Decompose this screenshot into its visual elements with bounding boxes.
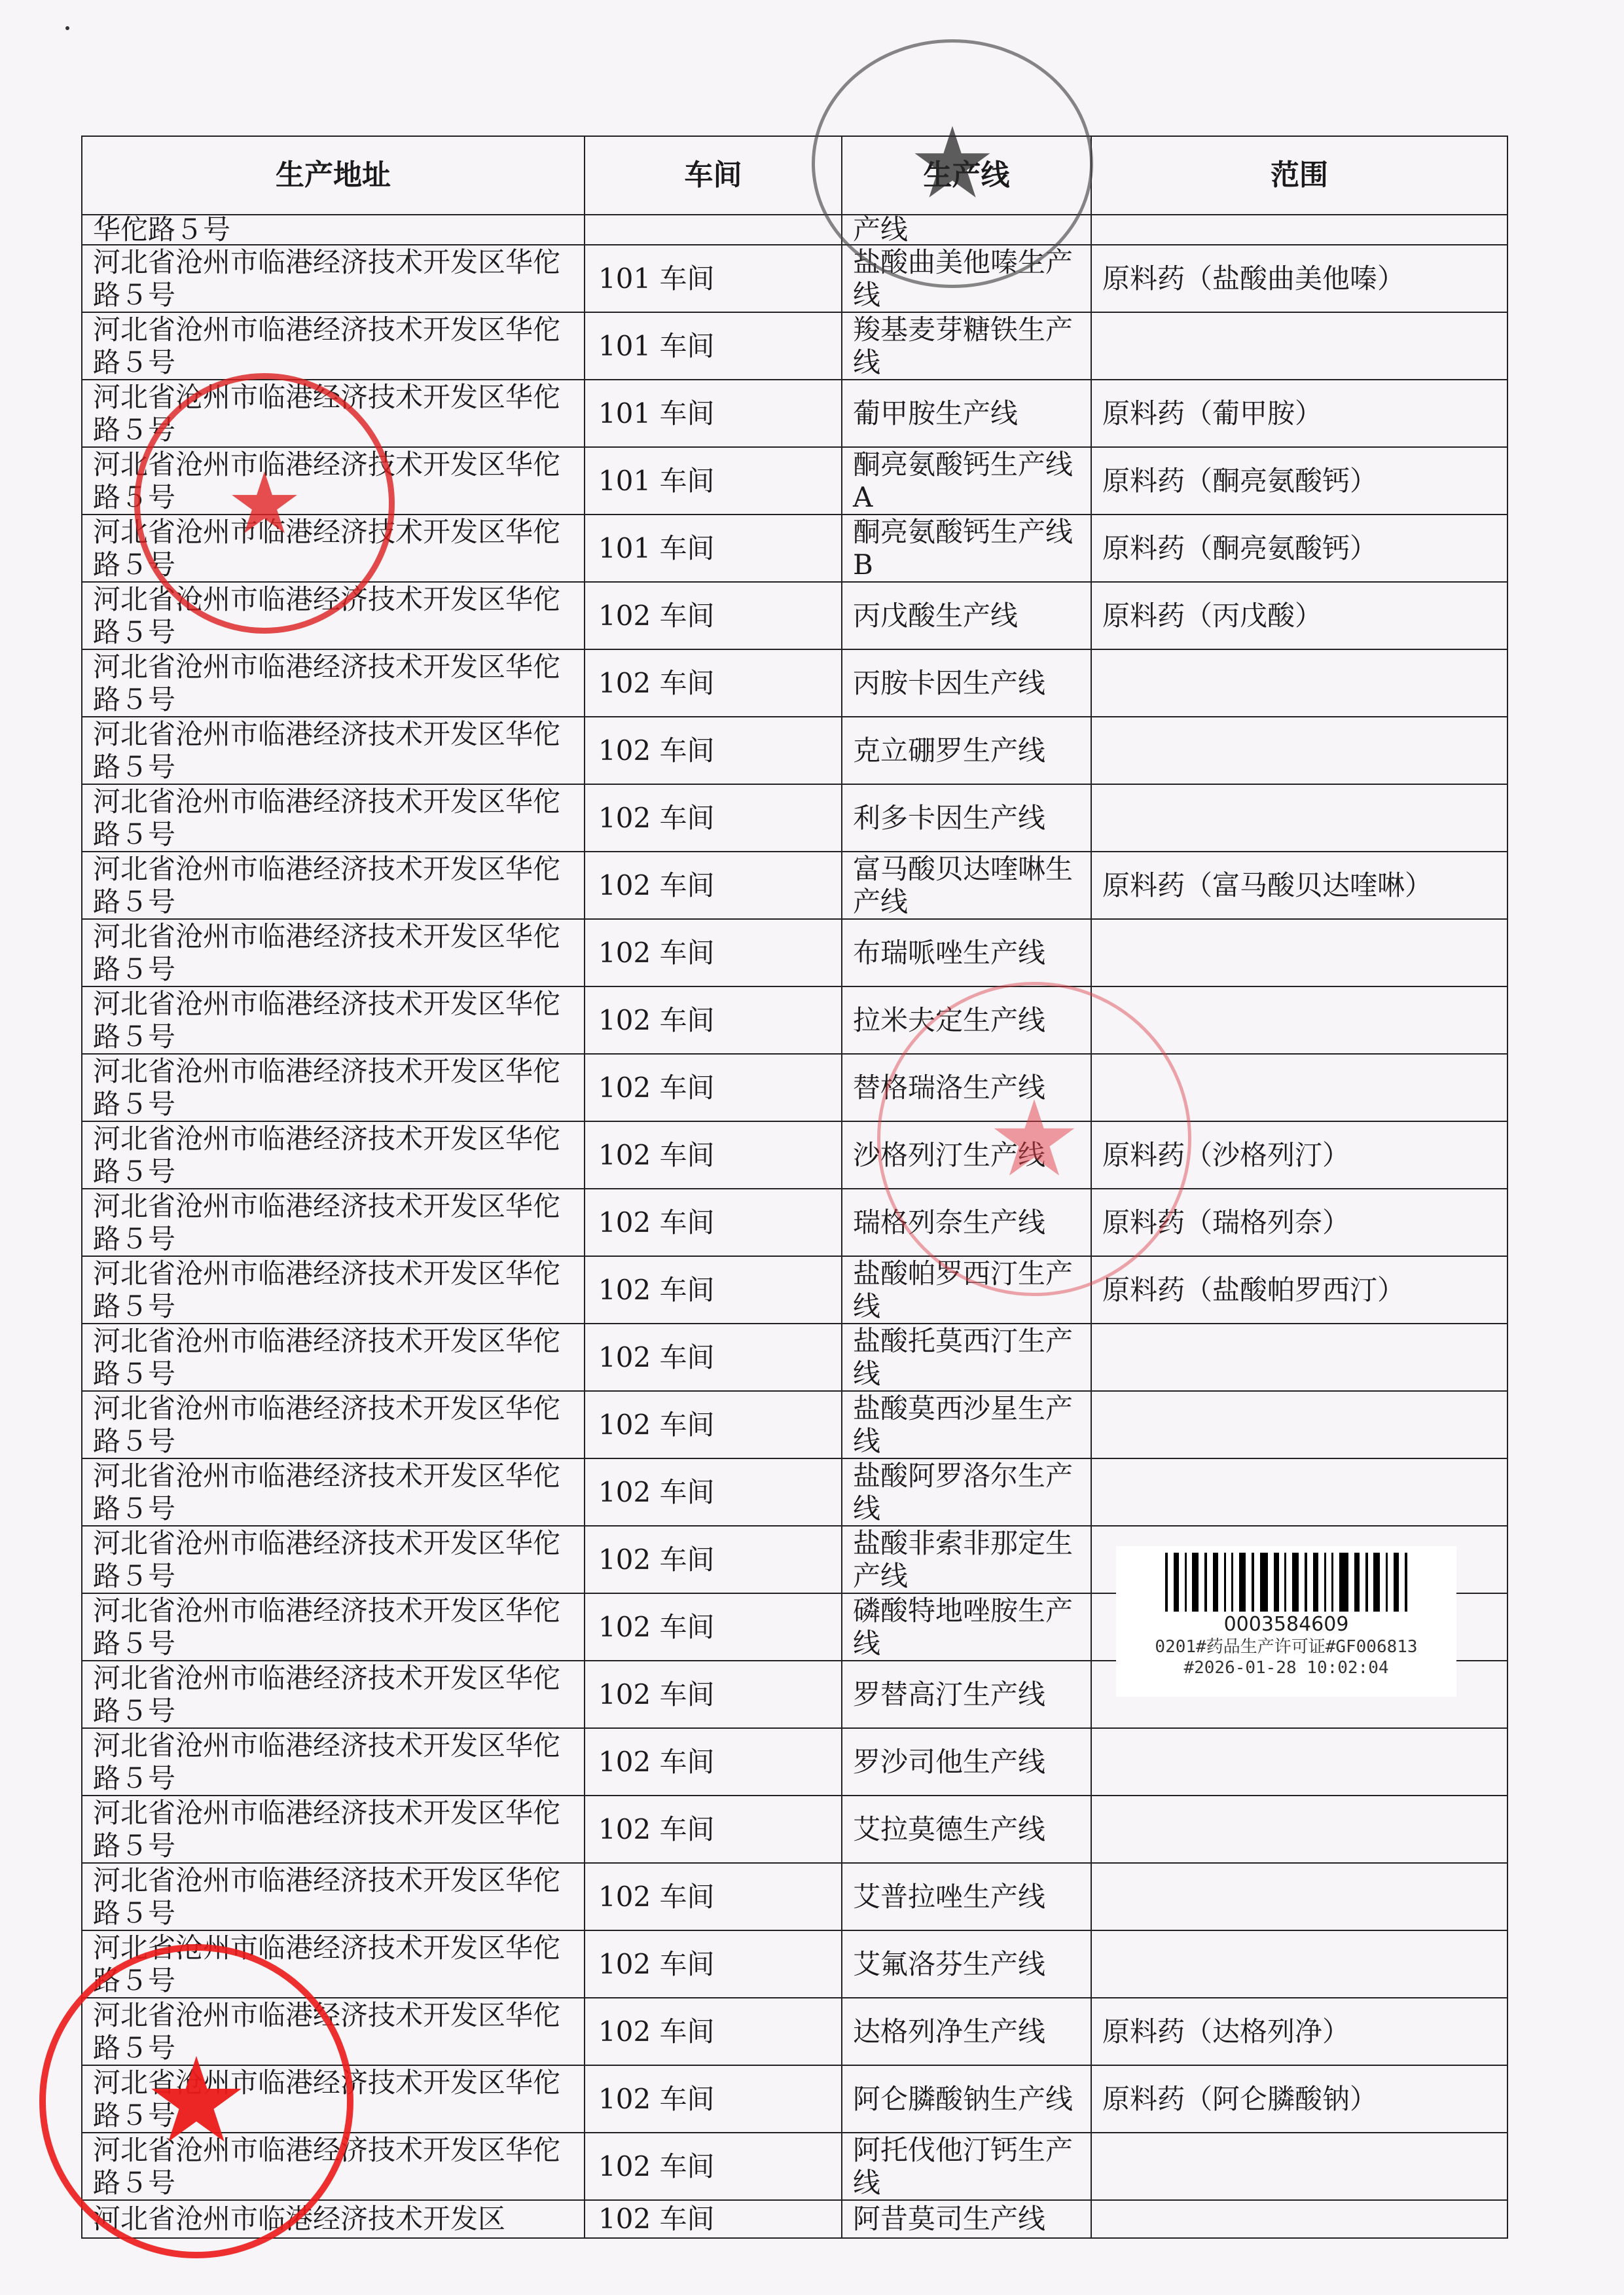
cell-address: 河北省沧州市临港经济技术开发区华佗路５号 xyxy=(82,1189,585,1256)
cell-production-line: 丙戊酸生产线 xyxy=(842,582,1091,649)
cell-workshop: 102 车间 xyxy=(585,852,842,919)
header-production-line: 生产线 xyxy=(842,136,1091,215)
cell-address: 河北省沧州市临港经济技术开发区华佗路５号 xyxy=(82,1930,585,1998)
table-row: 河北省沧州市临港经济技术开发区102 车间阿昔莫司生产线 xyxy=(82,2200,1507,2238)
cell-workshop: 102 车间 xyxy=(585,2200,842,2238)
table-row: 河北省沧州市临港经济技术开发区华佗路５号102 车间艾拉莫德生产线 xyxy=(82,1796,1507,1863)
table-header-row: 生产地址 车间 生产线 范围 xyxy=(82,136,1507,215)
production-line-table: 生产地址 车间 生产线 范围 华佗路５号产线河北省沧州市临港经济技术开发区华佗路… xyxy=(81,136,1508,2239)
cell-production-line: 沙格列汀生产线 xyxy=(842,1121,1091,1189)
cell-address: 河北省沧州市临港经济技术开发区华佗路５号 xyxy=(82,717,585,784)
cell-workshop: 102 车间 xyxy=(585,1324,842,1391)
cell-production-line: 瑞格列奈生产线 xyxy=(842,1189,1091,1256)
cell-workshop: 102 车间 xyxy=(585,1661,842,1728)
cell-address: 河北省沧州市临港经济技术开发区华佗路５号 xyxy=(82,582,585,649)
cell-production-line: 替格瑞洛生产线 xyxy=(842,1054,1091,1121)
cell-production-line: 艾氟洛芬生产线 xyxy=(842,1930,1091,1998)
barcode-label: 0003584609 0201#药品生产许可证#GF006813 #2026-0… xyxy=(1116,1546,1456,1697)
cell-scope: 原料药（葡甲胺） xyxy=(1091,380,1507,447)
cell-production-line: 盐酸莫西沙星生产线 xyxy=(842,1391,1091,1458)
cell-production-line: 艾普拉唑生产线 xyxy=(842,1863,1091,1930)
table-row: 河北省沧州市临港经济技术开发区华佗路５号102 车间拉米夫定生产线 xyxy=(82,986,1507,1054)
cell-address: 河北省沧州市临港经济技术开发区华佗路５号 xyxy=(82,1256,585,1324)
cell-address: 河北省沧州市临港经济技术开发区华佗路５号 xyxy=(82,380,585,447)
cell-workshop: 102 车间 xyxy=(585,1054,842,1121)
cell-address: 河北省沧州市临港经济技术开发区华佗路５号 xyxy=(82,1998,585,2065)
cell-production-line: 利多卡因生产线 xyxy=(842,784,1091,852)
table-row: 河北省沧州市临港经济技术开发区华佗路５号102 车间盐酸莫西沙星生产线 xyxy=(82,1391,1507,1458)
cell-scope xyxy=(1091,1863,1507,1930)
cell-address: 河北省沧州市临港经济技术开发区华佗路５号 xyxy=(82,1054,585,1121)
cell-scope: 原料药（酮亮氨酸钙） xyxy=(1091,515,1507,582)
cell-workshop: 102 车间 xyxy=(585,1526,842,1593)
cell-production-line: 罗替高汀生产线 xyxy=(842,1661,1091,1728)
cell-production-line: 羧基麦芽糖铁生产线 xyxy=(842,312,1091,380)
cell-scope: 原料药（富马酸贝达喹啉） xyxy=(1091,852,1507,919)
cell-address: 河北省沧州市临港经济技术开发区华佗路５号 xyxy=(82,1728,585,1796)
table-row: 河北省沧州市临港经济技术开发区华佗路５号102 车间富马酸贝达喹啉生产线原料药（… xyxy=(82,852,1507,919)
table-body: 华佗路５号产线河北省沧州市临港经济技术开发区华佗路５号101 车间盐酸曲美他嗪生… xyxy=(82,215,1507,2238)
cell-workshop: 102 车间 xyxy=(585,717,842,784)
cell-production-line: 磷酸特地唑胺生产线 xyxy=(842,1593,1091,1661)
cell-scope: 原料药（酮亮氨酸钙） xyxy=(1091,447,1507,515)
table-row: 河北省沧州市临港经济技术开发区华佗路５号102 车间艾氟洛芬生产线 xyxy=(82,1930,1507,1998)
table-row: 河北省沧州市临港经济技术开发区华佗路５号102 车间丙戊酸生产线原料药（丙戊酸） xyxy=(82,582,1507,649)
cell-production-line: 产线 xyxy=(842,215,1091,245)
cell-address: 河北省沧州市临港经济技术开发区华佗路５号 xyxy=(82,515,585,582)
cell-address: 河北省沧州市临港经济技术开发区华佗路５号 xyxy=(82,1661,585,1728)
cell-workshop: 102 车间 xyxy=(585,1728,842,1796)
cell-workshop: 102 车间 xyxy=(585,1796,842,1863)
cell-workshop: 102 车间 xyxy=(585,1391,842,1458)
cell-production-line: 酮亮氨酸钙生产线 A xyxy=(842,447,1091,515)
cell-workshop: 102 车间 xyxy=(585,2065,842,2133)
cell-workshop: 102 车间 xyxy=(585,649,842,717)
table-row: 河北省沧州市临港经济技术开发区华佗路５号102 车间克立硼罗生产线 xyxy=(82,717,1507,784)
cell-workshop: 102 车间 xyxy=(585,1863,842,1930)
cell-production-line: 富马酸贝达喹啉生产线 xyxy=(842,852,1091,919)
cell-production-line: 盐酸非索非那定生产线 xyxy=(842,1526,1091,1593)
cell-production-line: 罗沙司他生产线 xyxy=(842,1728,1091,1796)
cell-scope: 原料药（阿仑膦酸钠） xyxy=(1091,2065,1507,2133)
cell-address: 河北省沧州市临港经济技术开发区华佗路５号 xyxy=(82,2133,585,2200)
cell-address: 河北省沧州市临港经济技术开发区华佗路５号 xyxy=(82,649,585,717)
cell-workshop: 102 车间 xyxy=(585,919,842,986)
cell-workshop: 101 车间 xyxy=(585,380,842,447)
cell-scope xyxy=(1091,1728,1507,1796)
cell-address: 河北省沧州市临港经济技术开发区华佗路５号 xyxy=(82,784,585,852)
cell-address: 河北省沧州市临港经济技术开发区华佗路５号 xyxy=(82,245,585,312)
table-row: 河北省沧州市临港经济技术开发区华佗路５号102 车间阿托伐他汀钙生产线 xyxy=(82,2133,1507,2200)
cell-workshop: 102 车间 xyxy=(585,1998,842,2065)
cell-address: 河北省沧州市临港经济技术开发区华佗路５号 xyxy=(82,1324,585,1391)
cell-scope: 原料药（盐酸曲美他嗪） xyxy=(1091,245,1507,312)
cell-scope xyxy=(1091,2133,1507,2200)
table-row: 河北省沧州市临港经济技术开发区华佗路５号102 车间盐酸托莫西汀生产线 xyxy=(82,1324,1507,1391)
cell-production-line: 盐酸托莫西汀生产线 xyxy=(842,1324,1091,1391)
cell-scope: 原料药（瑞格列奈） xyxy=(1091,1189,1507,1256)
cell-production-line: 拉米夫定生产线 xyxy=(842,986,1091,1054)
cell-production-line: 葡甲胺生产线 xyxy=(842,380,1091,447)
cell-workshop: 101 车间 xyxy=(585,447,842,515)
cell-scope xyxy=(1091,1324,1507,1391)
cell-workshop: 101 车间 xyxy=(585,245,842,312)
cell-address: 河北省沧州市临港经济技术开发区华佗路５号 xyxy=(82,447,585,515)
header-workshop: 车间 xyxy=(585,136,842,215)
cell-production-line: 艾拉莫德生产线 xyxy=(842,1796,1091,1863)
cell-address: 河北省沧州市临港经济技术开发区 xyxy=(82,2200,585,2238)
table-row: 华佗路５号产线 xyxy=(82,215,1507,245)
cell-workshop: 102 车间 xyxy=(585,1121,842,1189)
table-row: 河北省沧州市临港经济技术开发区华佗路５号101 车间酮亮氨酸钙生产线 A原料药（… xyxy=(82,447,1507,515)
cell-scope xyxy=(1091,784,1507,852)
cell-workshop: 102 车间 xyxy=(585,1256,842,1324)
cell-scope: 原料药（丙戊酸） xyxy=(1091,582,1507,649)
cell-scope: 原料药（沙格列汀） xyxy=(1091,1121,1507,1189)
table-row: 河北省沧州市临港经济技术开发区华佗路５号102 车间沙格列汀生产线原料药（沙格列… xyxy=(82,1121,1507,1189)
barcode-number: 0003584609 xyxy=(1116,1613,1456,1636)
cell-address: 河北省沧州市临港经济技术开发区华佗路５号 xyxy=(82,919,585,986)
cell-production-line: 盐酸帕罗西汀生产线 xyxy=(842,1256,1091,1324)
cell-production-line: 阿昔莫司生产线 xyxy=(842,2200,1091,2238)
cell-address: 河北省沧州市临港经济技术开发区华佗路５号 xyxy=(82,2065,585,2133)
cell-workshop: 102 车间 xyxy=(585,986,842,1054)
cell-workshop xyxy=(585,215,842,245)
cell-scope xyxy=(1091,1930,1507,1998)
table-row: 河北省沧州市临港经济技术开发区华佗路５号102 车间阿仑膦酸钠生产线原料药（阿仑… xyxy=(82,2065,1507,2133)
cell-scope xyxy=(1091,1391,1507,1458)
header-scope: 范围 xyxy=(1091,136,1507,215)
cell-address: 河北省沧州市临港经济技术开发区华佗路５号 xyxy=(82,1526,585,1593)
barcode-info-line2: #2026-01-28 10:02:04 xyxy=(1116,1657,1456,1678)
table-row: 河北省沧州市临港经济技术开发区华佗路５号102 车间布瑞哌唑生产线 xyxy=(82,919,1507,986)
cell-scope xyxy=(1091,1054,1507,1121)
barcode-info-line1: 0201#药品生产许可证#GF006813 xyxy=(1116,1636,1456,1657)
cell-workshop: 101 车间 xyxy=(585,312,842,380)
cell-scope: 原料药（达格列净） xyxy=(1091,1998,1507,2065)
cell-workshop: 102 车间 xyxy=(585,582,842,649)
scan-dot xyxy=(65,26,69,30)
cell-production-line: 布瑞哌唑生产线 xyxy=(842,919,1091,986)
cell-production-line: 酮亮氨酸钙生产线 B xyxy=(842,515,1091,582)
cell-scope: 原料药（盐酸帕罗西汀） xyxy=(1091,1256,1507,1324)
table-row: 河北省沧州市临港经济技术开发区华佗路５号101 车间葡甲胺生产线原料药（葡甲胺） xyxy=(82,380,1507,447)
cell-production-line: 丙胺卡因生产线 xyxy=(842,649,1091,717)
cell-scope xyxy=(1091,215,1507,245)
table-row: 河北省沧州市临港经济技术开发区华佗路５号102 车间盐酸帕罗西汀生产线原料药（盐… xyxy=(82,1256,1507,1324)
cell-scope xyxy=(1091,986,1507,1054)
table-row: 河北省沧州市临港经济技术开发区华佗路５号102 车间替格瑞洛生产线 xyxy=(82,1054,1507,1121)
table-row: 河北省沧州市临港经济技术开发区华佗路５号101 车间酮亮氨酸钙生产线 B原料药（… xyxy=(82,515,1507,582)
cell-production-line: 阿仑膦酸钠生产线 xyxy=(842,2065,1091,2133)
cell-address: 华佗路５号 xyxy=(82,215,585,245)
cell-workshop: 102 车间 xyxy=(585,2133,842,2200)
cell-address: 河北省沧州市临港经济技术开发区华佗路５号 xyxy=(82,1458,585,1526)
cell-scope xyxy=(1091,2200,1507,2238)
cell-address: 河北省沧州市临港经济技术开发区华佗路５号 xyxy=(82,1391,585,1458)
cell-scope xyxy=(1091,649,1507,717)
table-row: 河北省沧州市临港经济技术开发区华佗路５号102 车间盐酸阿罗洛尔生产线 xyxy=(82,1458,1507,1526)
cell-workshop: 102 车间 xyxy=(585,1189,842,1256)
cell-workshop: 101 车间 xyxy=(585,515,842,582)
cell-scope xyxy=(1091,312,1507,380)
barcode-icon xyxy=(1165,1553,1407,1612)
cell-production-line: 盐酸曲美他嗪生产线 xyxy=(842,245,1091,312)
cell-address: 河北省沧州市临港经济技术开发区华佗路５号 xyxy=(82,986,585,1054)
cell-production-line: 达格列净生产线 xyxy=(842,1998,1091,2065)
cell-scope xyxy=(1091,1458,1507,1526)
cell-production-line: 阿托伐他汀钙生产线 xyxy=(842,2133,1091,2200)
table-row: 河北省沧州市临港经济技术开发区华佗路５号101 车间羧基麦芽糖铁生产线 xyxy=(82,312,1507,380)
table-row: 河北省沧州市临港经济技术开发区华佗路５号102 车间艾普拉唑生产线 xyxy=(82,1863,1507,1930)
cell-workshop: 102 车间 xyxy=(585,1458,842,1526)
cell-address: 河北省沧州市临港经济技术开发区华佗路５号 xyxy=(82,1593,585,1661)
table-row: 河北省沧州市临港经济技术开发区华佗路５号102 车间瑞格列奈生产线原料药（瑞格列… xyxy=(82,1189,1507,1256)
cell-production-line: 克立硼罗生产线 xyxy=(842,717,1091,784)
cell-workshop: 102 车间 xyxy=(585,1930,842,1998)
cell-scope xyxy=(1091,1796,1507,1863)
cell-workshop: 102 车间 xyxy=(585,784,842,852)
cell-workshop: 102 车间 xyxy=(585,1593,842,1661)
cell-address: 河北省沧州市临港经济技术开发区华佗路５号 xyxy=(82,1796,585,1863)
cell-address: 河北省沧州市临港经济技术开发区华佗路５号 xyxy=(82,1121,585,1189)
cell-address: 河北省沧州市临港经济技术开发区华佗路５号 xyxy=(82,852,585,919)
cell-address: 河北省沧州市临港经济技术开发区华佗路５号 xyxy=(82,312,585,380)
cell-scope xyxy=(1091,717,1507,784)
table-row: 河北省沧州市临港经济技术开发区华佗路５号101 车间盐酸曲美他嗪生产线原料药（盐… xyxy=(82,245,1507,312)
table-row: 河北省沧州市临港经济技术开发区华佗路５号102 车间达格列净生产线原料药（达格列… xyxy=(82,1998,1507,2065)
table-row: 河北省沧州市临港经济技术开发区华佗路５号102 车间利多卡因生产线 xyxy=(82,784,1507,852)
cell-scope xyxy=(1091,919,1507,986)
cell-address: 河北省沧州市临港经济技术开发区华佗路５号 xyxy=(82,1863,585,1930)
table-row: 河北省沧州市临港经济技术开发区华佗路５号102 车间罗沙司他生产线 xyxy=(82,1728,1507,1796)
header-address: 生产地址 xyxy=(82,136,585,215)
cell-production-line: 盐酸阿罗洛尔生产线 xyxy=(842,1458,1091,1526)
table-row: 河北省沧州市临港经济技术开发区华佗路５号102 车间丙胺卡因生产线 xyxy=(82,649,1507,717)
